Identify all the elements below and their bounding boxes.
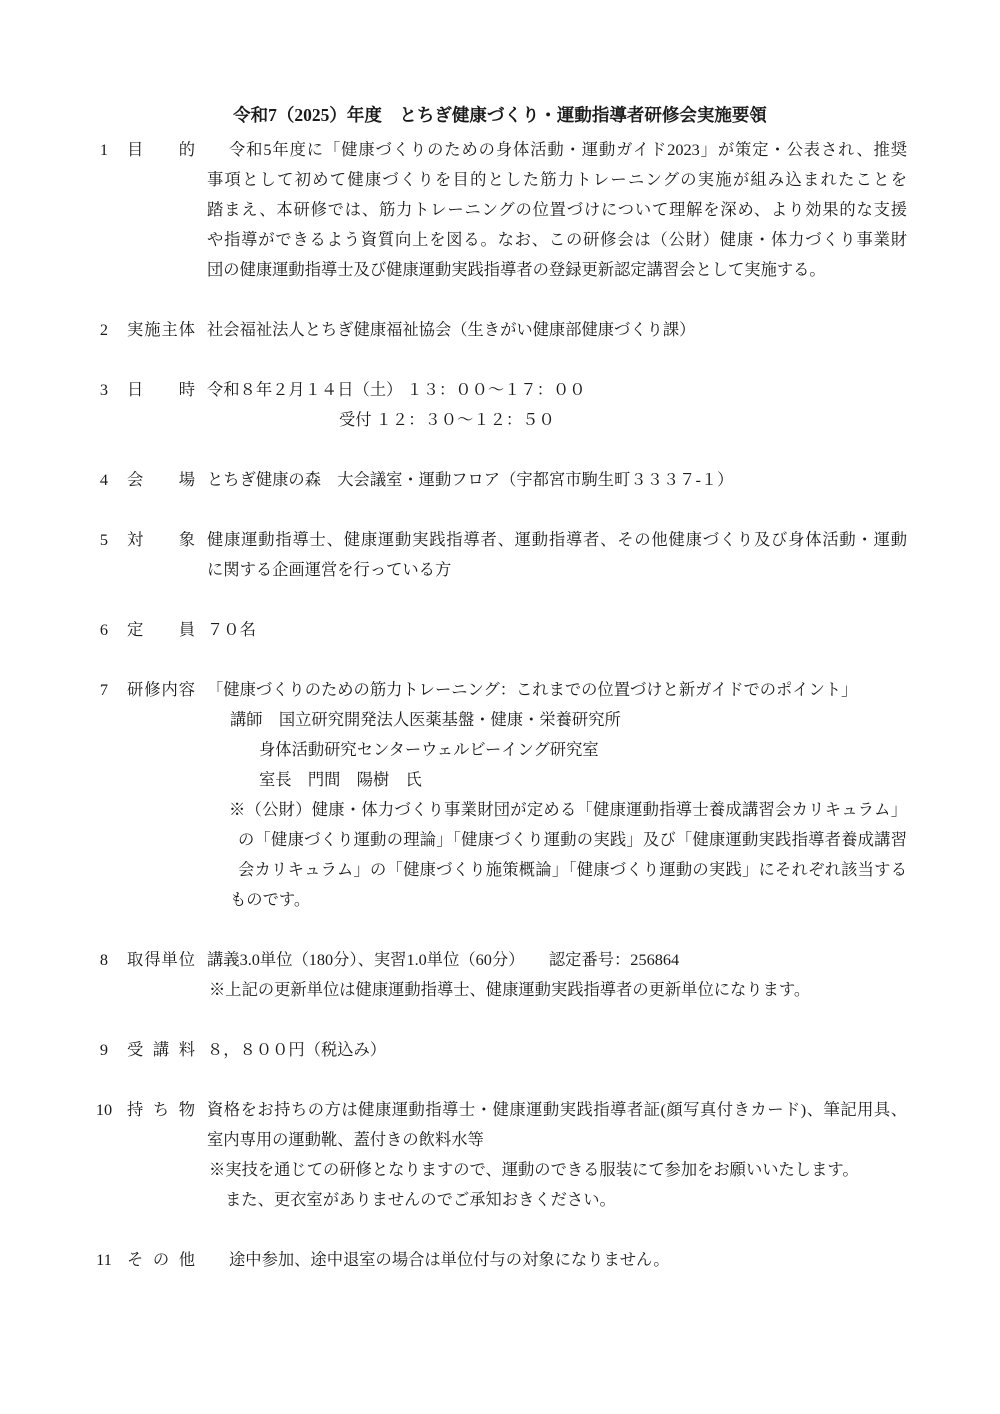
section-label: 研修内容 [123, 675, 207, 915]
section-number: 3 [93, 375, 123, 435]
text-line: 受付 １２：３０～１２：５０ [207, 405, 907, 435]
section-label-text: 日時 [127, 375, 195, 405]
section-content: 健康運動指導士、健康運動実践指導者、運動指導者、その他健康づくり及び身体活動・運… [207, 525, 907, 585]
section-content: とちぎ健康の森 大会議室・運動フロア（宇都宮市駒生町３３３７-１） [207, 465, 907, 495]
section-content: ７０名 [207, 615, 907, 645]
section-number: 8 [93, 945, 123, 1005]
section-label-text: 会場 [127, 465, 195, 495]
section-label-text: 研修内容 [127, 675, 195, 705]
text-line: 社会福祉法人とちぎ健康福祉協会（生きがい健康部健康づくり課） [207, 315, 907, 345]
section-venue: 4 会場 とちぎ健康の森 大会議室・運動フロア（宇都宮市駒生町３３３７-１） [93, 465, 907, 495]
text-line: に関する企画運営を行っている方 [207, 555, 907, 585]
section-label: 定員 [123, 615, 207, 645]
section-label: 対象 [123, 525, 207, 585]
section-content: ８，８００円（税込み） [207, 1035, 907, 1065]
section-number: 6 [93, 615, 123, 645]
section-label: その他 [123, 1245, 207, 1275]
section-label-text: その他 [127, 1245, 195, 1275]
section-number: 9 [93, 1035, 123, 1065]
section-label-text: 実施主体 [127, 315, 195, 345]
section-target: 5 対象 健康運動指導士、健康運動実践指導者、運動指導者、その他健康づくり及び身… [93, 525, 907, 585]
section-number: 10 [93, 1095, 123, 1215]
section-content: 資格をお持ちの方は健康運動指導士・健康運動実践指導者証(顔写真付きカード)、筆記… [207, 1095, 907, 1215]
text-line: 室内専用の運動靴、蓋付きの飲料水等 [207, 1125, 907, 1155]
section-number: 4 [93, 465, 123, 495]
lecture-title-line: 「健康づくりのための筋力トレーニング：これまでの位置づけと新ガイドでのポイント」 [207, 675, 907, 705]
text-line: 令和８年２月１４日（土） １３：００～１７：００ [207, 375, 907, 405]
section-label: 会場 [123, 465, 207, 495]
section-number: 7 [93, 675, 123, 915]
text-line: とちぎ健康の森 大会議室・運動フロア（宇都宮市駒生町３３３７-１） [207, 465, 907, 495]
document-page: 令和7（2025）年度 とちぎ健康づくり・運動指導者研修会実施要領 1 目的 令… [0, 0, 1000, 1414]
section-fee: 9 受講料 ８，８００円（税込み） [93, 1035, 907, 1065]
note-line: ※（公財）健康・体力づくり事業財団が定める「健康運動指導士養成講習会カリキュラム… [207, 795, 907, 825]
section-label: 取得単位 [123, 945, 207, 1005]
section-datetime: 3 日時 令和８年２月１４日（土） １３：００～１７：００ 受付 １２：３０～１… [93, 375, 907, 435]
note-line: 会カリキュラム」の「健康づくり施策概論」「健康づくり運動の実践」にそれぞれ該当す… [207, 855, 907, 885]
section-organizer: 2 実施主体 社会福祉法人とちぎ健康福祉協会（生きがい健康部健康づくり課） [93, 315, 907, 345]
fee-line: ８，８００円（税込み） [207, 1035, 907, 1065]
note-line: ものです。 [207, 885, 907, 915]
section-label-text: 対象 [127, 525, 195, 555]
section-content: 「健康づくりのための筋力トレーニング：これまでの位置づけと新ガイドでのポイント」… [207, 675, 907, 915]
section-content: 令和5年度に「健康づくりのための身体活動・運動ガイド2023」が策定・公表され、… [207, 135, 907, 285]
section-label: 目的 [123, 135, 207, 285]
lecturer-name-line: 室長 門間 陽樹 氏 [207, 765, 907, 795]
section-label-text: 目的 [127, 135, 195, 165]
text-line: 資格をお持ちの方は健康運動指導士・健康運動実践指導者証(顔写真付きカード)、筆記… [207, 1095, 907, 1125]
text-line: 団の健康運動指導士及び健康運動実践指導者の登録更新認定講習会として実施する。 [207, 255, 907, 285]
section-label-text: 定員 [127, 615, 195, 645]
section-number: 11 [93, 1245, 123, 1275]
text-line: ７０名 [207, 615, 907, 645]
section-content: 令和８年２月１４日（土） １３：００～１７：００ 受付 １２：３０～１２：５０ [207, 375, 907, 435]
text-line: 事項として初めて健康づくりを目的とした筋力トレーニングの実施が組み込まれたことを [207, 165, 907, 195]
text-line: 令和5年度に「健康づくりのための身体活動・運動ガイド2023」が策定・公表され、… [207, 135, 907, 165]
section-label-text: 取得単位 [127, 945, 195, 975]
section-capacity: 6 定員 ７０名 [93, 615, 907, 645]
section-number: 5 [93, 525, 123, 585]
section-label: 実施主体 [123, 315, 207, 345]
note-line: また、更衣室がありませんのでご承知おきください。 [207, 1185, 907, 1215]
section-label: 日時 [123, 375, 207, 435]
text-line: 健康運動指導士、健康運動実践指導者、運動指導者、その他健康づくり及び身体活動・運… [207, 525, 907, 555]
credits-line: 講義3.0単位（180分）、実習1.0単位（60分） 認定番号：256864 [207, 945, 907, 975]
section-purpose: 1 目的 令和5年度に「健康づくりのための身体活動・運動ガイド2023」が策定・… [93, 135, 907, 285]
section-credits: 8 取得単位 講義3.0単位（180分）、実習1.0単位（60分） 認定番号：2… [93, 945, 907, 1005]
section-label: 受講料 [123, 1035, 207, 1065]
note-line: の「健康づくり運動の理論」「健康づくり運動の実践」及び「健康運動実践指導者養成講… [207, 825, 907, 855]
text-line: 途中参加、途中退室の場合は単位付与の対象になりません。 [207, 1245, 907, 1275]
section-other: 11 その他 途中参加、途中退室の場合は単位付与の対象になりません。 [93, 1245, 907, 1275]
section-number: 1 [93, 135, 123, 285]
section-label-text: 持ち物 [127, 1095, 195, 1125]
page-title: 令和7（2025）年度 とちぎ健康づくり・運動指導者研修会実施要領 [93, 100, 907, 130]
note-line: ※上記の更新単位は健康運動指導士、健康運動実践指導者の更新単位になります。 [207, 975, 907, 1005]
section-content: 社会福祉法人とちぎ健康福祉協会（生きがい健康部健康づくり課） [207, 315, 907, 345]
section-content: 講義3.0単位（180分）、実習1.0単位（60分） 認定番号：256864 ※… [207, 945, 907, 1005]
section-label-text: 受講料 [127, 1035, 195, 1065]
section-number: 2 [93, 315, 123, 345]
section-belongings: 10 持ち物 資格をお持ちの方は健康運動指導士・健康運動実践指導者証(顔写真付き… [93, 1095, 907, 1215]
lecturer-department-line: 身体活動研究センターウェルビーイング研究室 [207, 735, 907, 765]
text-line: や指導ができるよう資質向上を図る。なお、この研修会は（公財）健康・体力づくり事業… [207, 225, 907, 255]
note-line: ※実技を通じての研修となりますので、運動のできる服装にて参加をお願いいたします。 [207, 1155, 907, 1185]
lecturer-affiliation-line: 講師 国立研究開発法人医薬基盤・健康・栄養研究所 [207, 705, 907, 735]
section-training-content: 7 研修内容 「健康づくりのための筋力トレーニング：これまでの位置づけと新ガイド… [93, 675, 907, 915]
section-content: 途中参加、途中退室の場合は単位付与の対象になりません。 [207, 1245, 907, 1275]
text-line: 踏まえ、本研修では、筋力トレーニングの位置づけについて理解を深め、より効果的な支… [207, 195, 907, 225]
section-label: 持ち物 [123, 1095, 207, 1215]
